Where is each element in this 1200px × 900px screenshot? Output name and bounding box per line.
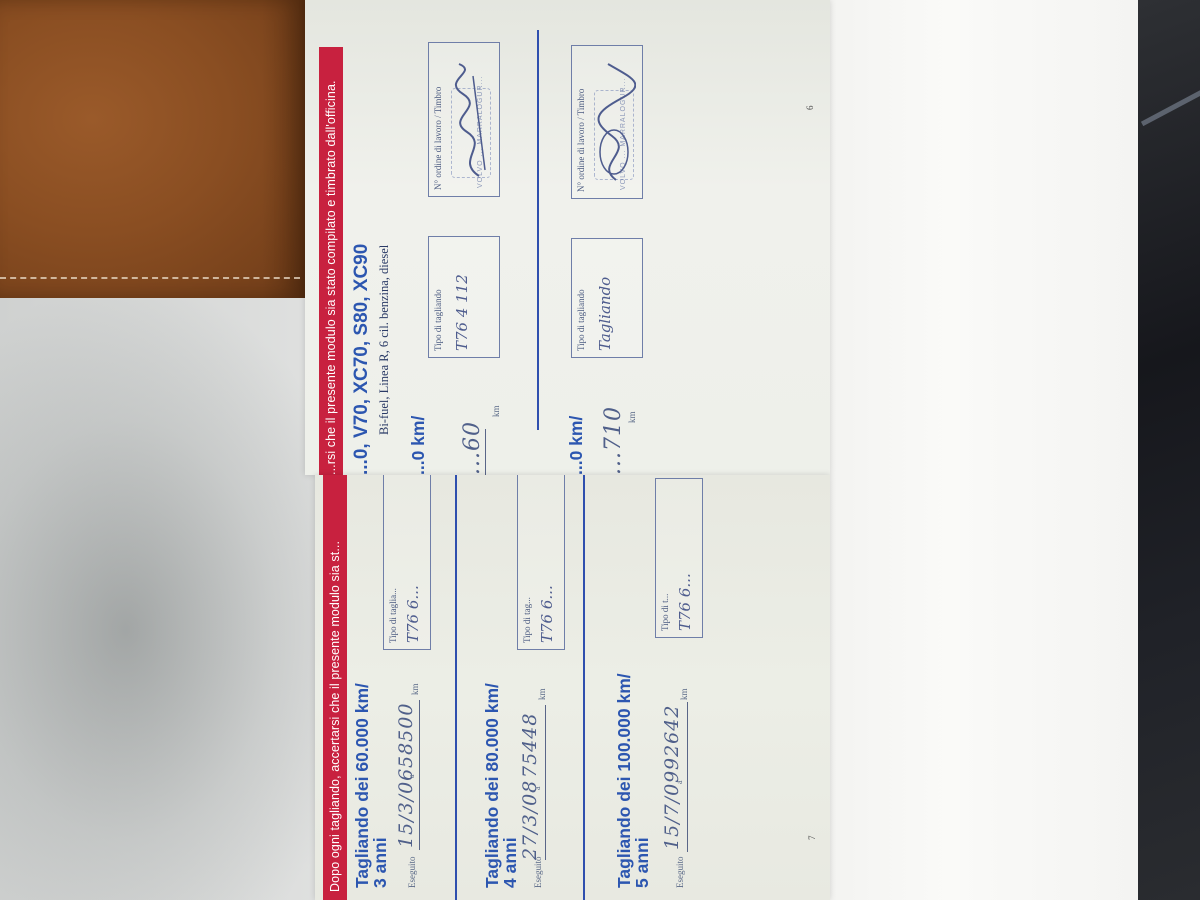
a-label: a (675, 780, 684, 784)
service-type-box: Tipo di taglia... T76 6... (383, 475, 431, 650)
signature (592, 62, 636, 182)
section-divider (455, 475, 457, 900)
km-label: km (410, 683, 420, 695)
km-label: km (679, 688, 689, 700)
service-type-handwritten: Tagliando (596, 277, 614, 351)
service-type-box: Tipo di tag... T76 6... (517, 475, 565, 650)
service-type-label: Tipo di taglia... (388, 588, 398, 643)
dark-object-glint (1141, 89, 1200, 126)
service-type-handwritten: T76 6... (538, 585, 556, 643)
photo-scene: ...rsi che il presente modulo sia stato … (0, 0, 1200, 900)
section-divider (583, 475, 585, 900)
service-type-label: Tipo di tag... (522, 597, 532, 643)
service-type-label: Tipo di tagliando (433, 289, 443, 351)
leather-folder-edge (262, 0, 306, 298)
a-label: a (407, 774, 416, 778)
page-7-header-band: Dopo ogni tagliando, accertarsi che il p… (323, 475, 347, 900)
service-title: ...0 km/ (409, 416, 428, 475)
leather-folder (0, 0, 306, 298)
model-title: ...0, V70, XC70, S80, XC90 (351, 244, 373, 475)
service-type-handwritten: T76 6... (676, 573, 694, 631)
service-type-box: Tipo di t... T76 6... (655, 478, 703, 638)
service-type-label: Tipo di t... (660, 594, 670, 631)
handwritten-date: 27/3/08 (519, 780, 541, 860)
km-underline (485, 429, 486, 475)
white-surface (825, 0, 1140, 900)
km-label: km (627, 411, 637, 423)
section-divider (537, 30, 539, 430)
km-label: km (537, 688, 547, 700)
km-underline (545, 705, 546, 860)
service-title: ...0 km/ (567, 416, 586, 475)
done-label: Eseguito (533, 857, 543, 889)
km-label: km (491, 405, 501, 417)
work-order-stamp-label: N° ordine di lavoro / Timbro (576, 89, 586, 192)
page-6-header-band: ...rsi che il presente modulo sia stato … (319, 47, 343, 475)
service-type-handwritten: T76 4 112 (453, 274, 471, 351)
handwritten-km: 58500 (395, 703, 417, 768)
handwritten-km: ...710 (601, 406, 626, 475)
handwritten-km: ...60 (460, 421, 485, 475)
km-underline (687, 702, 688, 852)
work-order-stamp-box: N° ordine di lavoro / Timbro VOLVO ... M… (571, 45, 643, 199)
page-number: 6 (805, 106, 815, 111)
page-number: 7 (807, 836, 817, 841)
a-label: a (533, 786, 542, 790)
done-label: Eseguito (407, 857, 417, 889)
service-title-years: 5 anni (633, 837, 652, 888)
signature (449, 60, 493, 180)
service-type-box: Tipo di tagliando Tagliando (571, 238, 643, 358)
dark-object (1138, 0, 1200, 900)
service-type-label: Tipo di tagliando (576, 289, 586, 351)
leather-stitching (0, 277, 300, 279)
booklet-page-7: Dopo ogni tagliando, accertarsi che il p… (315, 475, 830, 900)
service-title-years: 3 anni (371, 837, 390, 888)
work-order-stamp-box: N° ordine di lavoro / Timbro VOLVO ... M… (428, 42, 500, 197)
handwritten-km: 92642 (661, 705, 683, 770)
handwritten-date: 15/3/06 (395, 768, 417, 848)
booklet-page-6: ...rsi che il presente modulo sia stato … (305, 0, 830, 475)
service-type-box: Tipo di tagliando T76 4 112 (428, 236, 500, 358)
service-title-years: 4 anni (501, 837, 520, 888)
work-order-stamp-label: N° ordine di lavoro / Timbro (433, 87, 443, 190)
handwritten-km: 75448 (519, 713, 541, 778)
model-subtitle: Bi-fuel, Linea R, 6 cil. benzina, diesel (377, 245, 392, 435)
service-type-handwritten: T76 6... (404, 585, 422, 643)
done-label: Eseguito (675, 857, 685, 889)
km-underline (419, 700, 420, 850)
